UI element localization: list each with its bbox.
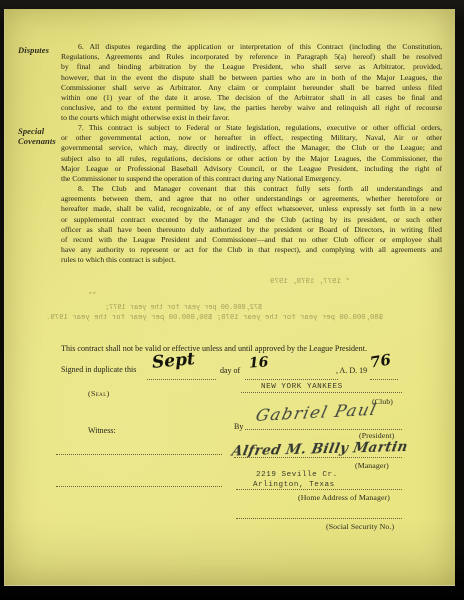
witness-line-2 (56, 486, 222, 487)
text-line: 6. All disputes regarding the applicatio… (61, 42, 442, 52)
text-line: the Commissioner to suspend the operatio… (61, 174, 442, 184)
bleed-through-asterisks: ** (88, 292, 96, 300)
text-line: by final and binding arbitration by the … (61, 62, 442, 72)
ad-19-label: , A. D. 19 (336, 366, 367, 375)
day-of-label: day of (220, 366, 240, 375)
handwritten-day: 16 (248, 354, 269, 371)
text-line: of record with the League President and … (61, 235, 442, 245)
manager-address-line-1: 2219 Seville Cr. (256, 471, 338, 479)
margin-label-covenants: Covenants (18, 136, 56, 146)
by-label: By (234, 422, 243, 431)
bleed-through-salary-1978-1979: $80,000.00 per year for the year 1978; $… (46, 314, 383, 322)
club-signature-line (241, 392, 402, 393)
text-line: conclusive, and to the extent permitted … (61, 103, 442, 113)
text-line: Commissioner shall serve as Arbitrator. … (61, 83, 442, 93)
text-line: officer as shall have been thereunto dul… (61, 225, 442, 235)
seal-label: (Seal) (88, 389, 110, 398)
text-line: hereafter made, shall be valid, recogniz… (61, 204, 442, 214)
contract-page: Disputes Special Covenants 6. All disput… (4, 9, 455, 586)
text-line: 7. This contract is subject to Federal o… (61, 123, 442, 133)
text-line: within one (1) year of the date it arose… (61, 93, 442, 103)
year-blank-line (370, 379, 398, 380)
text-line: have any authority to represent or act f… (61, 245, 442, 255)
text-line: or other governmental action, now or her… (61, 133, 442, 143)
manager-label: (Manager) (355, 461, 389, 470)
home-address-line (236, 489, 402, 490)
bleed-through-salary-1977: $72,000.00 per year for the year 1977; (105, 304, 262, 312)
handwritten-year: 76 (369, 350, 392, 371)
paragraph-8-entire-agreement: 8. The Club and Manager covenant that th… (61, 184, 442, 266)
text-line: subject also to all rules, regulations, … (61, 154, 442, 164)
handwritten-month: Sept (151, 349, 195, 373)
bleed-through-years-note: * 1977, 1978, 1979 (270, 278, 350, 286)
manager-address-line-2: Arlington, Texas (253, 481, 335, 489)
home-address-label: (Home Address of Manager) (298, 493, 390, 502)
margin-label-special: Special (18, 126, 44, 136)
margin-label-disputes: Disputes (18, 45, 49, 55)
text-line: or supplemental contract executed by the… (61, 215, 442, 225)
witness-line-1 (56, 454, 222, 455)
paragraph-7-special-covenants: 7. This contract is subject to Federal o… (61, 123, 442, 184)
month-blank-line (147, 379, 216, 380)
president-signature-line (245, 429, 402, 430)
witness-label: Witness: (88, 426, 116, 435)
text-line: rules to which this contract is subject. (61, 255, 442, 265)
text-line: agreements between them, and agree that … (61, 194, 442, 204)
text-line: Major League or Professional Baseball Ad… (61, 164, 442, 174)
signed-prefix: Signed in duplicate this (61, 365, 136, 374)
text-line: Regulations, Agreements and Rules incorp… (61, 52, 442, 62)
text-line: 8. The Club and Manager covenant that th… (61, 184, 442, 194)
day-blank-line (245, 379, 338, 380)
social-security-label: (Social Security No.) (326, 522, 394, 531)
paragraph-6-disputes: 6. All disputes regarding the applicatio… (61, 42, 442, 124)
manager-signature-line (234, 457, 402, 458)
club-name: NEW YORK YANKEES (261, 383, 343, 391)
text-line: however, that in the event the dispute s… (61, 73, 442, 83)
text-line: governmental service, which may, directl… (61, 143, 442, 153)
approval-clause: This contract shall not be valid or effe… (61, 344, 367, 353)
president-signature: Gabriel Paul (254, 400, 379, 426)
social-security-line (236, 518, 402, 519)
